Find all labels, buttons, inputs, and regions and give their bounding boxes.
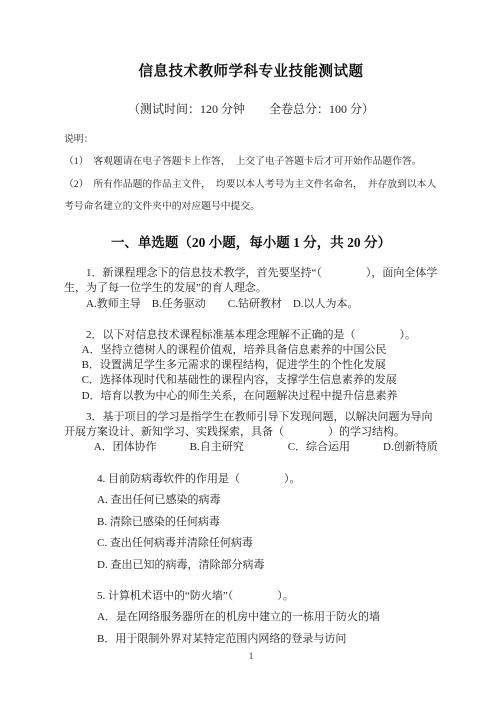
question-4-option-c: C. 查出任何病毒并清除任何病毒 [64,533,438,555]
question-4-option-a: A. 查出任何已感染的病毒 [64,490,438,512]
question-4-option-d: D. 查出已知的病毒，清除部分病毒 [64,555,438,577]
page-number: 1 [64,651,438,663]
question-5-stem: 5. 计算机术语中的“防火墙”（ ）。 [64,585,438,607]
question-4-option-b: B. 清除已感染的任何病毒 [64,512,438,534]
instruction-line-1: （1） 客观题请在电子答题卡上作答， 上交了电子答题卡后才可开始作品题作答。 [64,151,438,173]
section-heading: 一、单选题（20 小题，每小题 1 分，共 20 分） [64,234,438,252]
instruction-line-2: （2） 所有作品题的作品主文件， 均要以本人考号为主文件名命名， 并存放到以本人… [64,174,438,219]
question-5-option-a: A．是在网络服务器所在的机房中建立的一栋用于防火的墙 [64,607,438,629]
question-1: 1．新课程理念下的信息技术教学，首先要坚持“（ ），面向全体学生，为了每一位学生… [64,266,438,312]
question-2-stem: 2．以下对信息技术课程标准基本理念理解不正确的是（ ）。 [64,328,438,343]
question-1-options: A.教师主导 B.任务驱动 C.钻研教材 D.以人为本。 [64,297,438,312]
question-3-options: A．团体协作 B.自主研究 C．综合运用 D.创新特质 [64,440,438,455]
question-1-stem: 1．新课程理念下的信息技术教学，首先要坚持“（ ），面向全体学生，为了每一位学生… [64,266,438,296]
question-3-stem: 3．基于项目的学习是指学生在教师引导下发现问题，以解决问题为导向开展方案设计、新… [64,410,438,440]
question-5-option-b: B．用于限制外界对某特定范围内网络的登录与访问 [64,629,438,651]
question-2-option-b: B．设置满足学生多元需求的课程结构，促进学生的个性化发展 [64,358,438,373]
question-3: 3．基于项目的学习是指学生在教师引导下发现问题，以解决问题为导向开展方案设计、新… [64,410,438,456]
document-subtitle: （测试时间：120 分钟 全卷总分：100 分） [64,101,438,117]
question-2-option-c: C．选择体现时代和基础性的课程内容，支撑学生信息素养的发展 [64,373,438,388]
instructions-label: 说明： [64,129,438,151]
question-4: 4. 目前防病毒软件的作用是（ ）。 A. 查出任何已感染的病毒 B. 清除已感… [64,468,438,576]
instructions-block: 说明： （1） 客观题请在电子答题卡上作答， 上交了电子答题卡后才可开始作品题作… [64,129,438,218]
question-2: 2．以下对信息技术课程标准基本理念理解不正确的是（ ）。 A．坚持立德树人的课程… [64,328,438,404]
question-2-option-a: A．坚持立德树人的课程价值观，培养具备信息素养的中国公民 [64,343,438,358]
document-title: 信息技术教师学科专业技能测试题 [64,63,438,81]
question-2-option-d: D．培育以教为中心的师生关系，在问题解决过程中提升信息素养 [64,389,438,404]
document-page: 信息技术教师学科专业技能测试题 （测试时间：120 分钟 全卷总分：100 分）… [0,0,500,707]
question-4-stem: 4. 目前防病毒软件的作用是（ ）。 [64,468,438,490]
question-5: 5. 计算机术语中的“防火墙”（ ）。 A．是在网络服务器所在的机房中建立的一栋… [64,585,438,650]
